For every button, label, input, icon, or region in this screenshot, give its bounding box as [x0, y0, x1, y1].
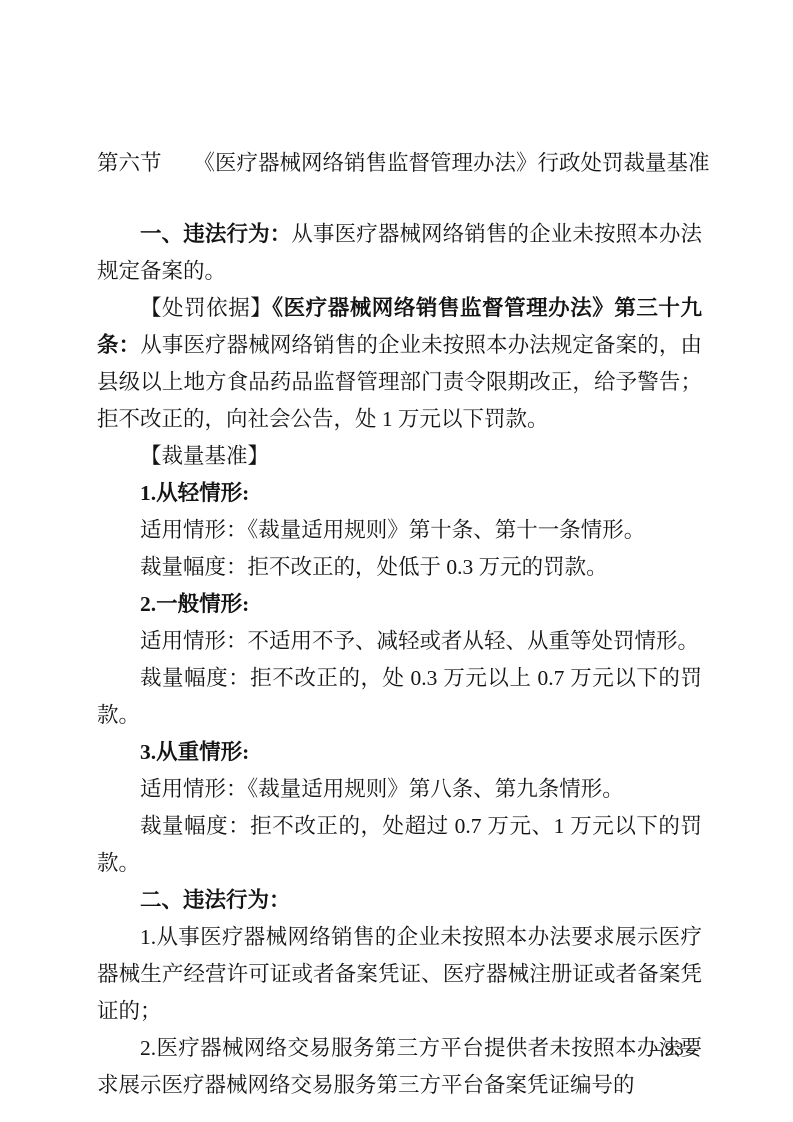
scenario-light-range: 裁量幅度：拒不改正的，处低于 0.3 万元的罚款。	[97, 549, 702, 586]
violation-2-label: 二、违法行为：	[140, 888, 291, 912]
page-number: – 93 –	[651, 1038, 699, 1062]
scenario-light-heading: 1.从轻情形:	[97, 475, 702, 512]
violation-1-paragraph: 一、违法行为：从事医疗器械网络销售的企业未按照本办法规定备案的。	[97, 216, 702, 290]
scenario-light-range-text: 裁量幅度：拒不改正的，处低于 0.3 万元的罚款。	[140, 555, 608, 579]
scenario-heavy-heading: 3.从重情形:	[97, 734, 702, 771]
violation-1-label: 一、违法行为：	[140, 222, 291, 246]
scenario-general-heading: 2.一般情形:	[97, 586, 702, 623]
scenario-heavy-applicable-text: 适用情形：《裁量适用规则》第八条、第九条情形。	[140, 777, 624, 801]
penalty-basis-label: 【处罚依据】	[140, 296, 272, 320]
scenario-heavy-heading-text: 3.从重情形:	[140, 740, 249, 764]
scenario-general-heading-text: 2.一般情形:	[140, 592, 249, 616]
violation-2-item-1: 1.从事医疗器械网络销售的企业未按照本办法要求展示医疗器械生产经营许可证或者备案…	[97, 919, 702, 1030]
scenario-light-applicable: 适用情形：《裁量适用规则》第十条、第十一条情形。	[97, 512, 702, 549]
section-title: 第六节《医疗器械网络销售监督管理办法》行政处罚裁量基准	[97, 146, 702, 180]
document-page: 第六节《医疗器械网络销售监督管理办法》行政处罚裁量基准 一、违法行为：从事医疗器…	[0, 0, 793, 1122]
scenario-general-range: 裁量幅度：拒不改正的，处 0.3 万元以上 0.7 万元以下的罚款。	[97, 660, 702, 734]
violation-2-item-2-text: 2.医疗器械网络交易服务第三方平台提供者未按照本办法要求展示医疗器械网络交易服务…	[97, 1036, 702, 1097]
penalty-basis-paragraph: 【处罚依据】《医疗器械网络销售监督管理办法》第三十九条：从事医疗器械网络销售的企…	[97, 290, 702, 438]
scenario-general-applicable-text: 适用情形：不适用不予、减轻或者从轻、从重等处罚情形。	[140, 629, 699, 653]
penalty-basis-body: 从事医疗器械网络销售的企业未按照本办法规定备案的，由县级以上地方食品药品监督管理…	[97, 333, 702, 431]
scenario-general-range-text: 裁量幅度：拒不改正的，处 0.3 万元以上 0.7 万元以下的罚款。	[97, 666, 702, 727]
scenario-general-applicable: 适用情形：不适用不予、减轻或者从轻、从重等处罚情形。	[97, 623, 702, 660]
scenario-light-applicable-text: 适用情形：《裁量适用规则》第十条、第十一条情形。	[140, 518, 645, 542]
section-number: 第六节	[97, 151, 162, 175]
benchmark-label-paragraph: 【裁量基准】	[97, 438, 702, 475]
document-content: 第六节《医疗器械网络销售监督管理办法》行政处罚裁量基准 一、违法行为：从事医疗器…	[97, 146, 702, 1104]
violation-2-heading: 二、违法行为：	[97, 882, 702, 919]
scenario-heavy-range-text: 裁量幅度：拒不改正的，处超过 0.7 万元、1 万元以下的罚款。	[97, 814, 702, 875]
section-title-text: 《医疗器械网络销售监督管理办法》行政处罚裁量基准	[194, 151, 710, 175]
violation-2-item-1-text: 1.从事医疗器械网络销售的企业未按照本办法要求展示医疗器械生产经营许可证或者备案…	[97, 925, 702, 1023]
scenario-light-heading-text: 1.从轻情形:	[140, 481, 249, 505]
violation-2-item-2: 2.医疗器械网络交易服务第三方平台提供者未按照本办法要求展示医疗器械网络交易服务…	[97, 1030, 702, 1104]
scenario-heavy-applicable: 适用情形：《裁量适用规则》第八条、第九条情形。	[97, 771, 702, 808]
scenario-heavy-range: 裁量幅度：拒不改正的，处超过 0.7 万元、1 万元以下的罚款。	[97, 808, 702, 882]
benchmark-label: 【裁量基准】	[140, 444, 269, 468]
